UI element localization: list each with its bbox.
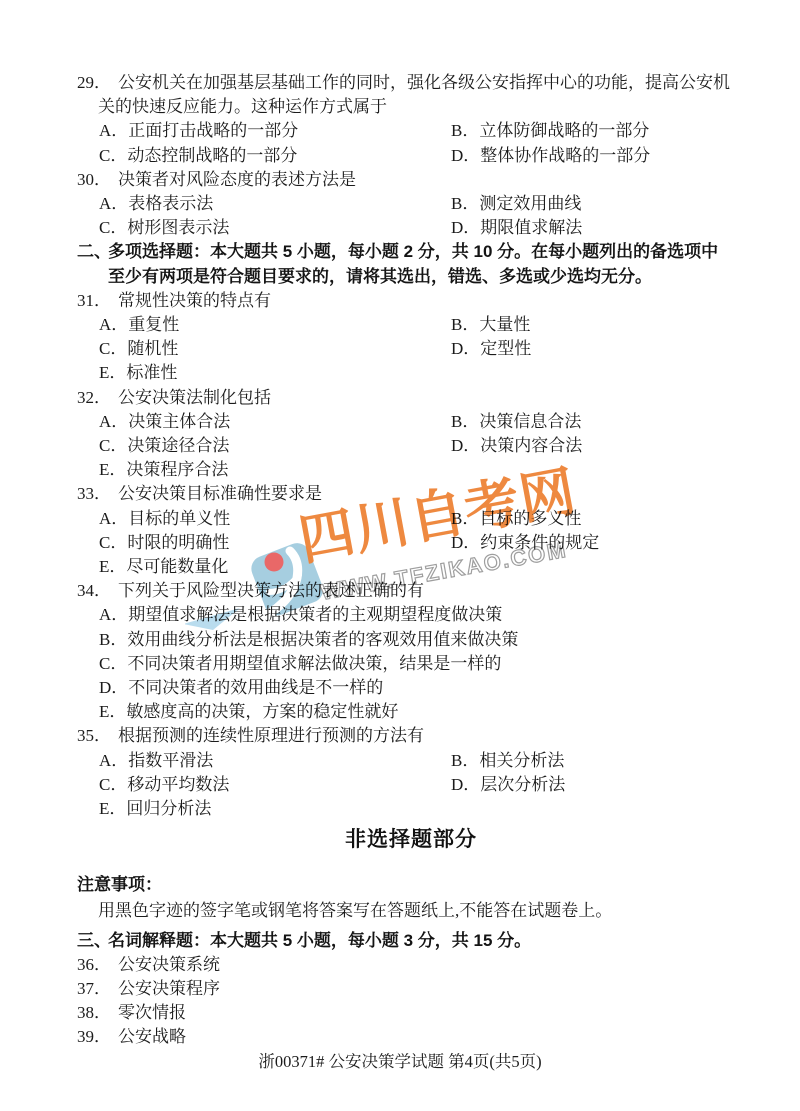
section-3-label: 三、 bbox=[77, 929, 108, 953]
question-35-stem-text: 根据预测的连续性原理进行预测的方法有 bbox=[118, 726, 424, 745]
question-33-options-ab: A．目标的单义性B．目标的多义性 bbox=[77, 507, 745, 531]
section-2-label: 二、 bbox=[77, 240, 108, 264]
question-38: 38．零次情报 bbox=[77, 1001, 745, 1025]
question-34-stem-text: 下列关于风险型决策方法的表述正确的有 bbox=[118, 581, 424, 600]
question-33-options-cd: C．时限的明确性D．约束条件的规定 bbox=[77, 531, 745, 555]
question-38-number: 38． bbox=[77, 1001, 118, 1025]
section-2-header: 二、多项选择题：本大题共 5 小题，每小题 2 分，共 10 分。在每小题列出的… bbox=[77, 240, 745, 288]
question-33-stem-line: 33．公安决策目标准确性要求是 bbox=[77, 482, 745, 506]
question-30-number: 30． bbox=[77, 168, 118, 192]
question-33-number: 33． bbox=[77, 482, 118, 506]
question-33-option-e: E．尽可能数量化 bbox=[77, 555, 745, 579]
question-31: 31．常规性决策的特点有 A．重复性B．大量性 C．随机性D．定型性 E．标准性 bbox=[77, 289, 745, 386]
question-30-option-d: D．期限值求解法 bbox=[451, 216, 745, 240]
exam-content: 29．公安机关在加强基层基础工作的同时，强化各级公安指挥中心的功能，提高公安机 … bbox=[77, 71, 745, 1050]
section-2-text-line1: 多项选择题：本大题共 5 小题，每小题 2 分，共 10 分。在每小题列出的备选… bbox=[108, 242, 718, 261]
question-31-options-cd: C．随机性D．定型性 bbox=[77, 337, 745, 361]
question-30: 30．决策者对风险态度的表述方法是 A．表格表示法B．测定效用曲线 C．树形图表… bbox=[77, 168, 745, 241]
question-35-option-d: D．层次分析法 bbox=[451, 773, 745, 797]
question-31-number: 31． bbox=[77, 289, 118, 313]
page-footer: 浙00371# 公安决策学试题 第4页(共5页) bbox=[0, 1050, 800, 1074]
question-31-option-a: A．重复性 bbox=[99, 313, 451, 337]
question-35-options-cd: C．移动平均数法D．层次分析法 bbox=[77, 773, 745, 797]
question-33-stem-text: 公安决策目标准确性要求是 bbox=[118, 484, 322, 503]
question-34-option-a: A．期望值求解法是根据决策者的主观期望程度做决策 bbox=[77, 603, 745, 627]
question-32-option-b: B．决策信息合法 bbox=[451, 410, 745, 434]
question-33-option-c: C．时限的明确性 bbox=[99, 531, 451, 555]
question-33-option-b: B．目标的多义性 bbox=[451, 507, 745, 531]
question-36: 36．公安决策系统 bbox=[77, 953, 745, 977]
question-35-option-c: C．移动平均数法 bbox=[99, 773, 451, 797]
non-choice-section-title: 非选择题部分 bbox=[77, 823, 745, 857]
question-34-stem-line: 34．下列关于风险型决策方法的表述正确的有 bbox=[77, 579, 745, 603]
question-34-option-b: B．效用曲线分析法是根据决策者的客观效用值来做决策 bbox=[77, 628, 745, 652]
section-3-text: 名词解释题：本大题共 5 小题，每小题 3 分，共 15 分。 bbox=[108, 931, 531, 950]
question-31-option-d: D．定型性 bbox=[451, 337, 745, 361]
question-30-option-b: B．测定效用曲线 bbox=[451, 192, 745, 216]
question-33-option-a: A．目标的单义性 bbox=[99, 507, 451, 531]
question-37-number: 37． bbox=[77, 977, 118, 1001]
question-34-option-d: D．不同决策者的效用曲线是不一样的 bbox=[77, 676, 745, 700]
question-39-stem-text: 公安战略 bbox=[118, 1027, 186, 1046]
question-37-stem-text: 公安决策程序 bbox=[118, 979, 220, 998]
notice-text: 用黑色字迹的签字笔或钢笔将答案写在答题纸上,不能答在试题卷上。 bbox=[77, 898, 745, 924]
question-39-number: 39． bbox=[77, 1025, 118, 1049]
question-32-option-d: D．决策内容合法 bbox=[451, 434, 745, 458]
question-30-stem-text: 决策者对风险态度的表述方法是 bbox=[118, 170, 356, 189]
question-29-stem-text: 公安机关在加强基层基础工作的同时，强化各级公安指挥中心的功能，提高公安机 bbox=[118, 73, 730, 92]
question-32-options-cd: C．决策途径合法D．决策内容合法 bbox=[77, 434, 745, 458]
question-35-option-a: A．指数平滑法 bbox=[99, 749, 451, 773]
question-31-options-ab: A．重复性B．大量性 bbox=[77, 313, 745, 337]
question-32-stem-text: 公安决策法制化包括 bbox=[118, 388, 271, 407]
question-35-option-b: B．相关分析法 bbox=[451, 749, 745, 773]
question-30-option-a: A．表格表示法 bbox=[99, 192, 451, 216]
question-29-stem-line2: 关的快速反应能力。这种运作方式属于 bbox=[77, 95, 745, 119]
question-37: 37．公安决策程序 bbox=[77, 977, 745, 1001]
question-30-options-ab: A．表格表示法B．测定效用曲线 bbox=[77, 192, 745, 216]
question-32-option-e: E．决策程序合法 bbox=[77, 458, 745, 482]
question-35-option-e: E．回归分析法 bbox=[77, 797, 745, 821]
question-32-options-ab: A．决策主体合法B．决策信息合法 bbox=[77, 410, 745, 434]
section-2-header-line2: 至少有两项是符合题目要求的，请将其选出，错选、多选或少选均无分。 bbox=[77, 265, 745, 289]
question-29-option-a: A．正面打击战略的一部分 bbox=[99, 119, 451, 143]
question-34-option-e: E．敏感度高的决策，方案的稳定性就好 bbox=[77, 700, 745, 724]
question-32-number: 32． bbox=[77, 386, 118, 410]
question-29-options-cd: C．动态控制战略的一部分D．整体协作战略的一部分 bbox=[77, 144, 745, 168]
question-35-number: 35． bbox=[77, 724, 118, 748]
question-29-options-ab: A．正面打击战略的一部分B．立体防御战略的一部分 bbox=[77, 119, 745, 143]
question-33-option-d: D．约束条件的规定 bbox=[451, 531, 745, 555]
exam-paper-page: 29．公安机关在加强基层基础工作的同时，强化各级公安指挥中心的功能，提高公安机 … bbox=[0, 0, 800, 1111]
question-33: 33．公安决策目标准确性要求是 A．目标的单义性B．目标的多义性 C．时限的明确… bbox=[77, 482, 745, 579]
question-31-stem-text: 常规性决策的特点有 bbox=[118, 291, 271, 310]
question-31-option-b: B．大量性 bbox=[451, 313, 745, 337]
question-31-option-c: C．随机性 bbox=[99, 337, 451, 361]
question-29-option-b: B．立体防御战略的一部分 bbox=[451, 119, 745, 143]
question-32: 32．公安决策法制化包括 A．决策主体合法B．决策信息合法 C．决策途径合法D．… bbox=[77, 386, 745, 483]
question-32-option-c: C．决策途径合法 bbox=[99, 434, 451, 458]
question-36-stem-text: 公安决策系统 bbox=[118, 955, 220, 974]
question-32-option-a: A．决策主体合法 bbox=[99, 410, 451, 434]
question-34: 34．下列关于风险型决策方法的表述正确的有 A．期望值求解法是根据决策者的主观期… bbox=[77, 579, 745, 724]
question-30-options-cd: C．树形图表示法D．期限值求解法 bbox=[77, 216, 745, 240]
question-29: 29．公安机关在加强基层基础工作的同时，强化各级公安指挥中心的功能，提高公安机 … bbox=[77, 71, 745, 168]
section-2-header-line1: 二、多项选择题：本大题共 5 小题，每小题 2 分，共 10 分。在每小题列出的… bbox=[77, 240, 745, 264]
question-30-stem-line: 30．决策者对风险态度的表述方法是 bbox=[77, 168, 745, 192]
question-36-number: 36． bbox=[77, 953, 118, 977]
question-38-stem-text: 零次情报 bbox=[118, 1003, 186, 1022]
question-29-option-c: C．动态控制战略的一部分 bbox=[99, 144, 451, 168]
question-35-stem-line: 35．根据预测的连续性原理进行预测的方法有 bbox=[77, 724, 745, 748]
question-29-stem-line1: 29．公安机关在加强基层基础工作的同时，强化各级公安指挥中心的功能，提高公安机 bbox=[77, 71, 745, 95]
question-34-option-c: C．不同决策者用期望值求解法做决策，结果是一样的 bbox=[77, 652, 745, 676]
question-31-stem-line: 31．常规性决策的特点有 bbox=[77, 289, 745, 313]
question-34-number: 34． bbox=[77, 579, 118, 603]
question-39: 39．公安战略 bbox=[77, 1025, 745, 1049]
question-31-option-e: E．标准性 bbox=[77, 361, 745, 385]
question-30-option-c: C．树形图表示法 bbox=[99, 216, 451, 240]
question-32-stem-line: 32．公安决策法制化包括 bbox=[77, 386, 745, 410]
question-35: 35．根据预测的连续性原理进行预测的方法有 A．指数平滑法B．相关分析法 C．移… bbox=[77, 724, 745, 821]
question-29-number: 29． bbox=[77, 71, 118, 95]
question-35-options-ab: A．指数平滑法B．相关分析法 bbox=[77, 749, 745, 773]
question-29-option-d: D．整体协作战略的一部分 bbox=[451, 144, 745, 168]
section-3-header: 三、名词解释题：本大题共 5 小题，每小题 3 分，共 15 分。 bbox=[77, 929, 745, 953]
notice-label: 注意事项： bbox=[77, 873, 745, 897]
